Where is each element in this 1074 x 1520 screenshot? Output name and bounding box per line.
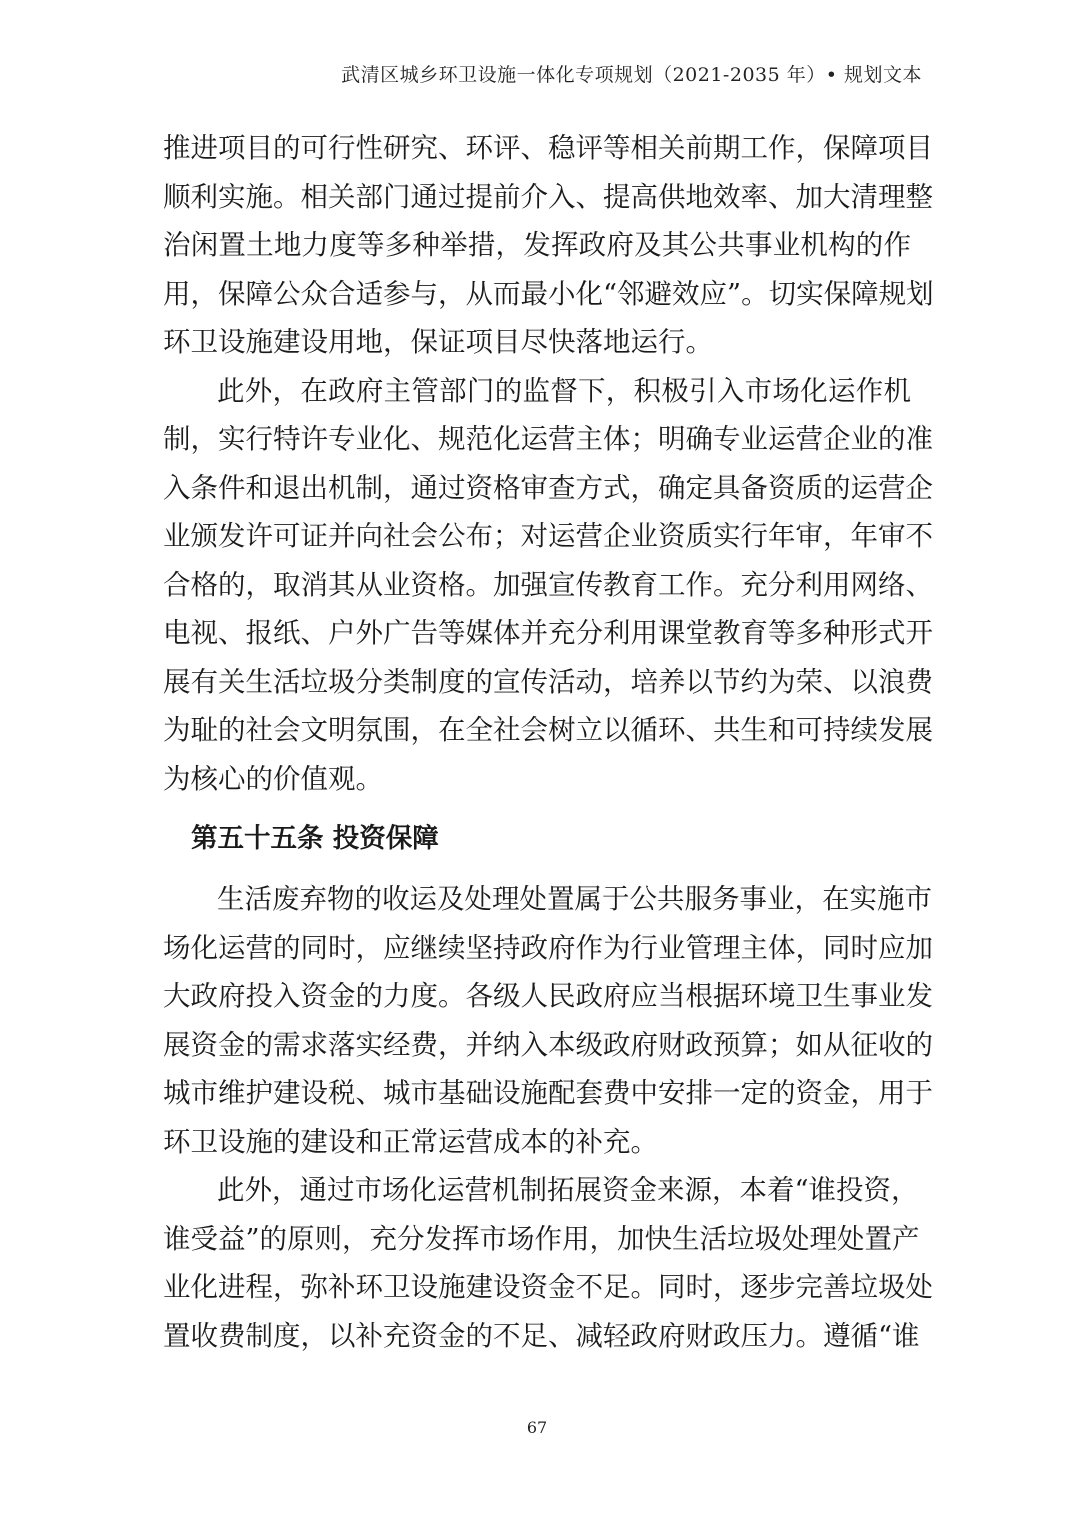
text-line: 为核心的价值观。 [163,755,911,804]
text-line: 电视、报纸、户外广告等媒体并充分利用课堂教育等多种形式开 [163,609,911,658]
paragraph-government-funding: 生活废弃物的收运及处理处置属于公共服务事业，在实施市 场化运营的同时，应继续坚持… [163,875,911,1166]
text-line: 用，保障公众合适参与，从而最小化“邻避效应”。切实保障规划 [163,270,911,319]
text-line: 顺利实施。相关部门通过提前介入、提高供地效率、加大清理整 [163,173,911,222]
section-heading: 第五十五条 投资保障 [163,815,911,863]
running-header: 武清区城乡环卫设施一体化专项规划（2021-2035 年）• 规划文本 [341,60,922,87]
text-line: 展资金的需求落实经费，并纳入本级政府财政预算；如从征收的 [163,1021,911,1070]
text-line: 场化运营的同时，应继续坚持政府作为行业管理主体，同时应加 [163,924,911,973]
text-line: 大政府投入资金的力度。各级人民政府应当根据环境卫生事业发 [163,972,911,1021]
text-line: 推进项目的可行性研究、环评、稳评等相关前期工作，保障项目 [163,124,911,173]
text-line: 入条件和退出机制，通过资格审查方式，确定具备资质的运营企 [163,464,911,513]
paragraph-project-promotion: 推进项目的可行性研究、环评、稳评等相关前期工作，保障项目 顺利实施。相关部门通过… [163,124,911,367]
paragraph-market-funding: 此外，通过市场化运营机制拓展资金来源，本着“谁投资， 谁受益”的原则，充分发挥市… [163,1166,911,1360]
text-line: 环卫设施建设用地，保证项目尽快落地运行。 [163,318,911,367]
text-line: 展有关生活垃圾分类制度的宣传活动，培养以节约为荣、以浪费 [163,658,911,707]
text-line: 此外，通过市场化运营机制拓展资金来源，本着“谁投资， [163,1166,911,1215]
text-line: 合格的，取消其从业资格。加强宣传教育工作。充分利用网络、 [163,561,911,610]
text-line: 置收费制度，以补充资金的不足、减轻政府财政压力。遵循“谁 [163,1312,911,1361]
text-line: 治闲置土地力度等多种举措，发挥政府及其公共事业机构的作 [163,221,911,270]
text-line: 此外，在政府主管部门的监督下，积极引入市场化运作机 [163,367,911,416]
text-line: 环卫设施的建设和正常运营成本的补充。 [163,1118,911,1167]
text-line: 生活废弃物的收运及处理处置属于公共服务事业，在实施市 [163,875,911,924]
text-line: 为耻的社会文明氛围，在全社会树立以循环、共生和可持续发展 [163,706,911,755]
text-line: 业颁发许可证并向社会公布；对运营企业资质实行年审，年审不 [163,512,911,561]
text-line: 业化进程，弥补环卫设施建设资金不足。同时，逐步完善垃圾处 [163,1263,911,1312]
page-number: 67 [0,1418,1074,1437]
document-body: 推进项目的可行性研究、环评、稳评等相关前期工作，保障项目 顺利实施。相关部门通过… [163,124,911,1360]
text-line: 谁受益”的原则，充分发挥市场作用，加快生活垃圾处理处置产 [163,1215,911,1264]
paragraph-market-operation: 此外，在政府主管部门的监督下，积极引入市场化运作机 制，实行特许专业化、规范化运… [163,367,911,804]
text-line: 城市维护建设税、城市基础设施配套费中安排一定的资金，用于 [163,1069,911,1118]
text-line: 制，实行特许专业化、规范化运营主体；明确专业运营企业的准 [163,415,911,464]
